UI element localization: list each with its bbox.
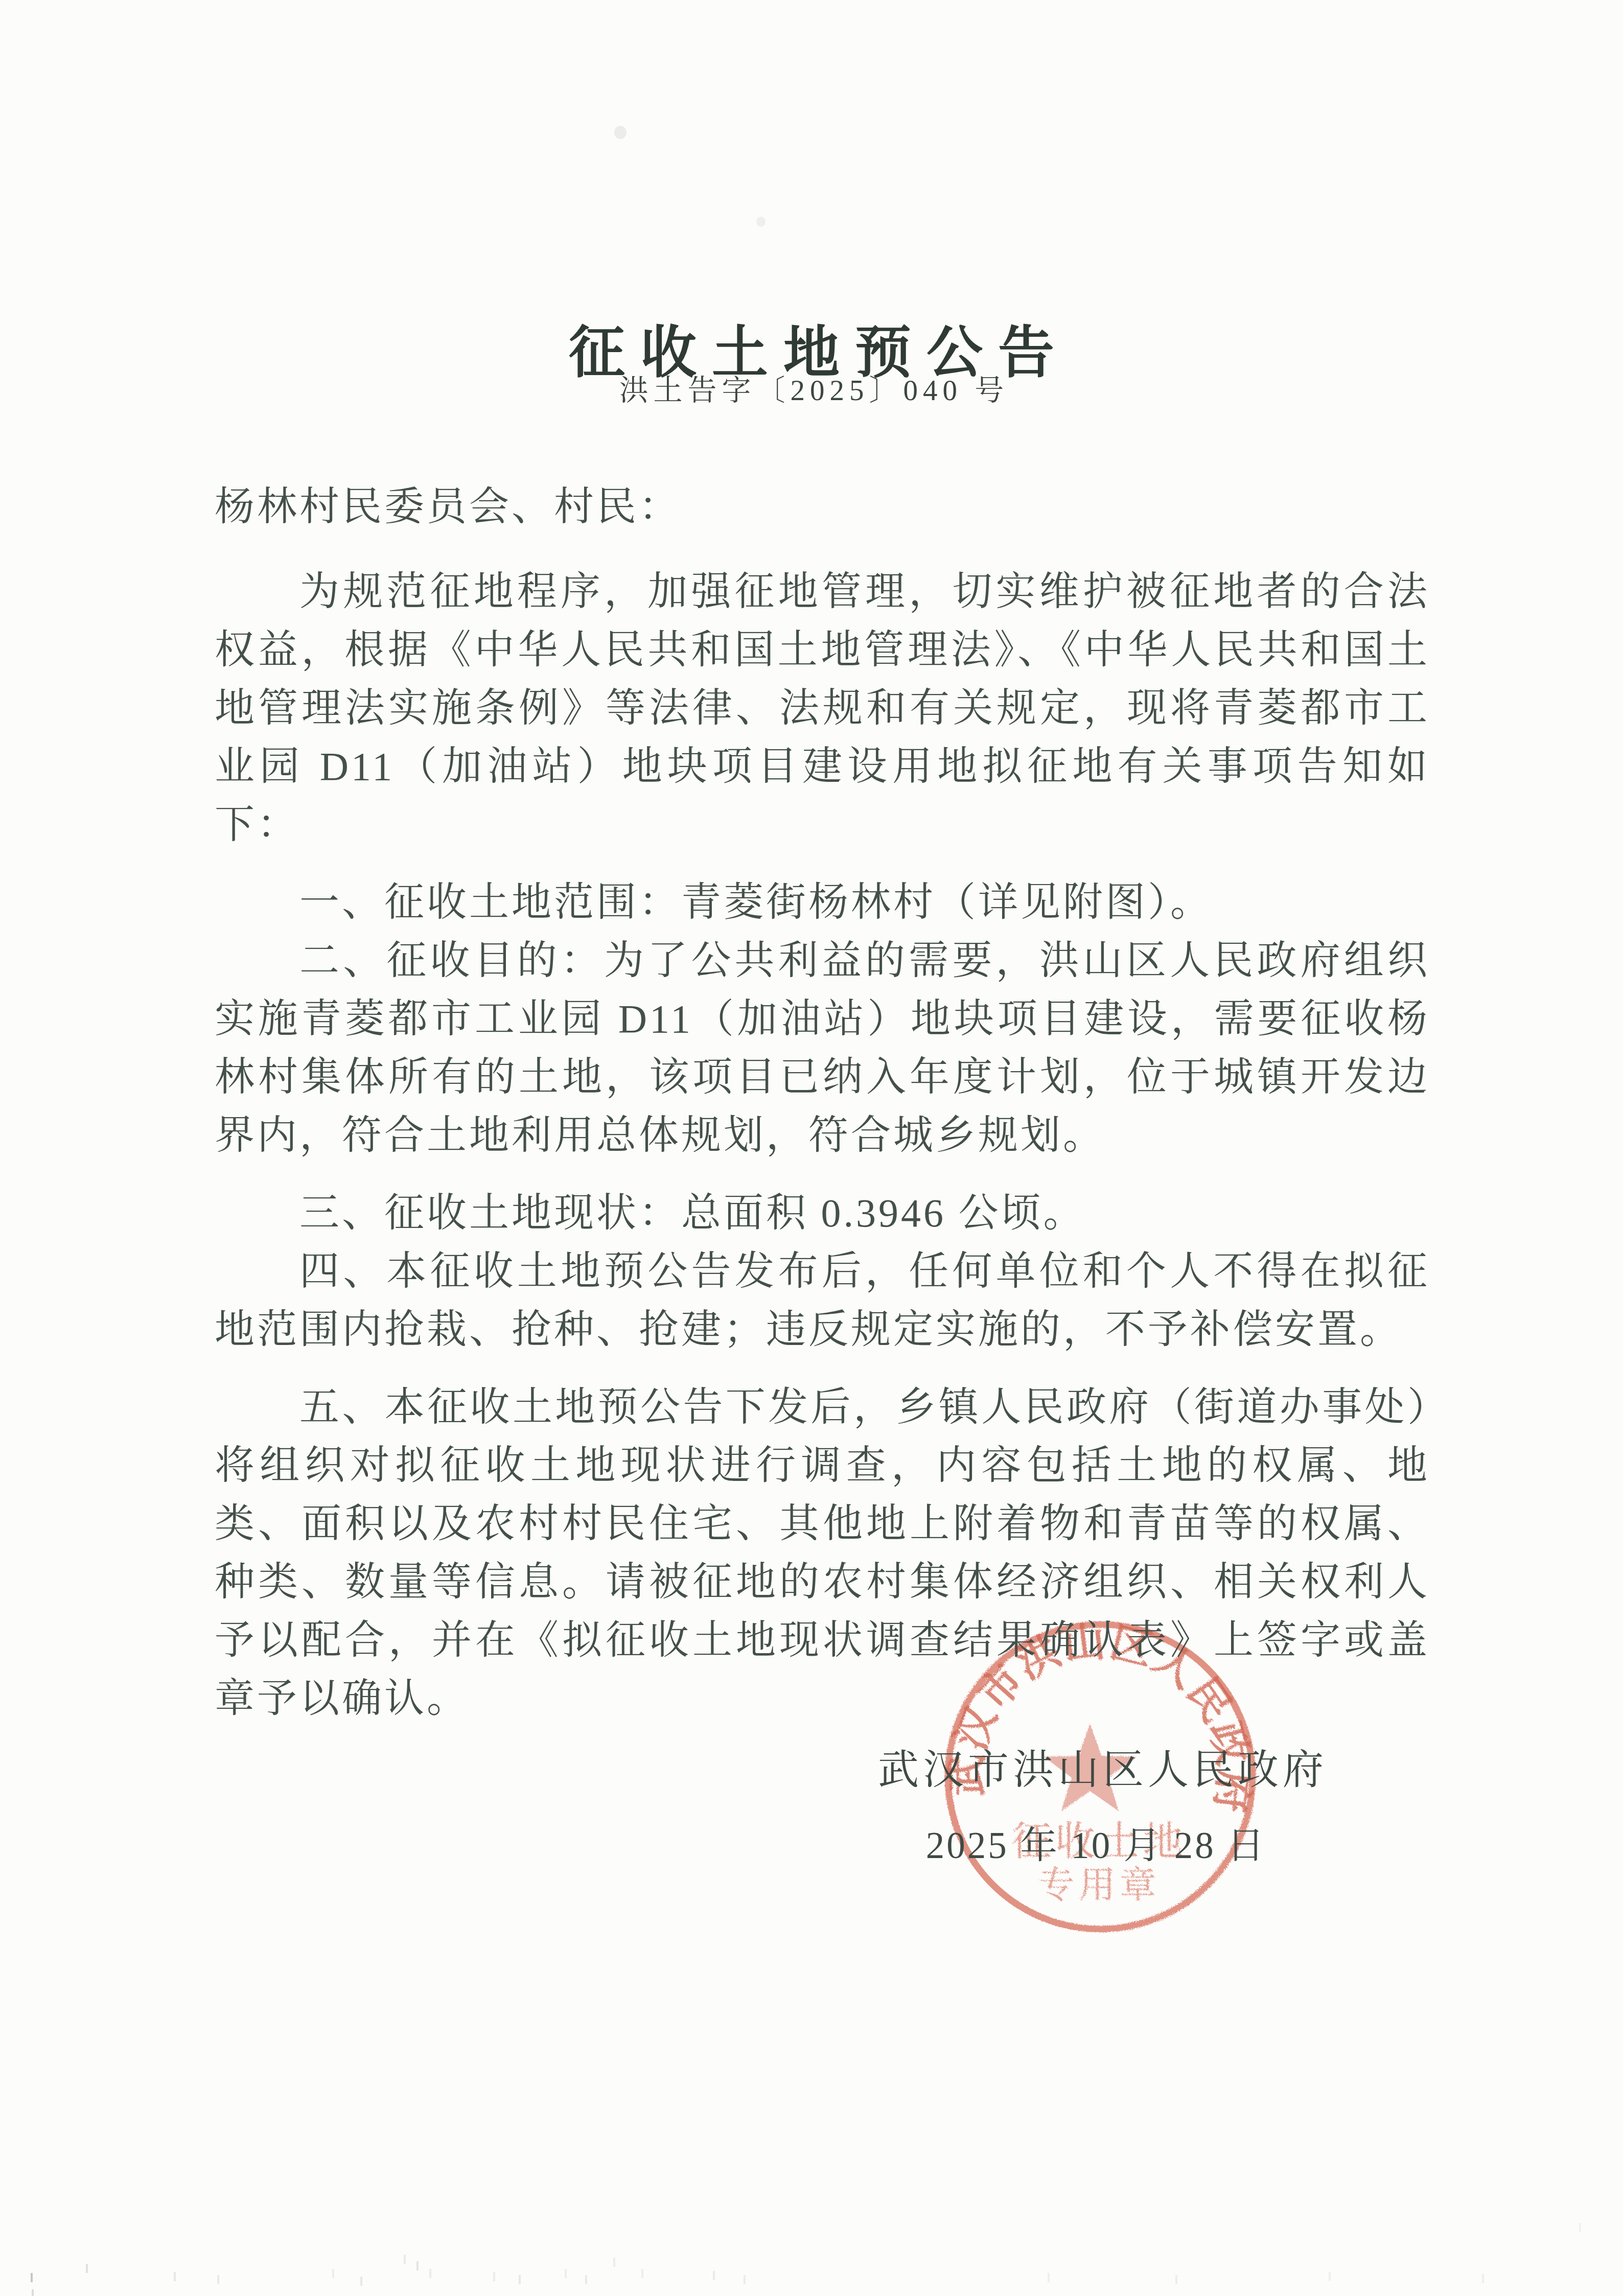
issuer-signature: 武汉市洪山区人民政府 bbox=[0, 1736, 1328, 1795]
paragraph: 四、本征收土地预公告发布后，任何单位和个人不得在拟征地范围内抢栽、抢种、抢建；违… bbox=[215, 1242, 1430, 1359]
seal-center-text-line2: 专用章 bbox=[1038, 1865, 1161, 1906]
salutation: 杨林村民委员会、村民： bbox=[215, 478, 1430, 536]
document-number: 洪土告字〔2025〕040 号 bbox=[0, 367, 1623, 409]
document-body: 杨林村民委员会、村民： 为规范征地程序，加强征地管理，切实维护被征地者的合法权益… bbox=[215, 478, 1430, 1728]
paragraph: 二、征收目的：为了公共利益的需要，洪山区人民政府组织实施青菱都市工业园 D11（… bbox=[215, 932, 1430, 1165]
paragraph: 三、征收土地现状：总面积 0.3946 公顷。 bbox=[215, 1184, 1430, 1242]
issue-date: 2025 年 10 月 28 日 bbox=[0, 1815, 1266, 1869]
paragraph: 为规范征地程序，加强征地管理，切实维护被征地者的合法权益，根据《中华人民共和国土… bbox=[215, 563, 1430, 854]
scan-speck bbox=[614, 126, 627, 139]
paragraph: 五、本征收土地预公告下发后，乡镇人民政府（街道办事处）将组织对拟征收土地现状进行… bbox=[215, 1378, 1430, 1728]
document-paragraphs: 为规范征地程序，加强征地管理，切实维护被征地者的合法权益，根据《中华人民共和国土… bbox=[215, 563, 1430, 1728]
paragraph: 一、征收土地范围：青菱街杨林村（详见附图）。 bbox=[215, 873, 1430, 932]
document-page: 武汉市洪山区人民政府 征收土地 专用章 征收土地预公告 洪土告字〔2025〕04… bbox=[0, 0, 1623, 2296]
scan-speck bbox=[756, 217, 766, 227]
scan-noise-band bbox=[0, 0, 2, 9]
